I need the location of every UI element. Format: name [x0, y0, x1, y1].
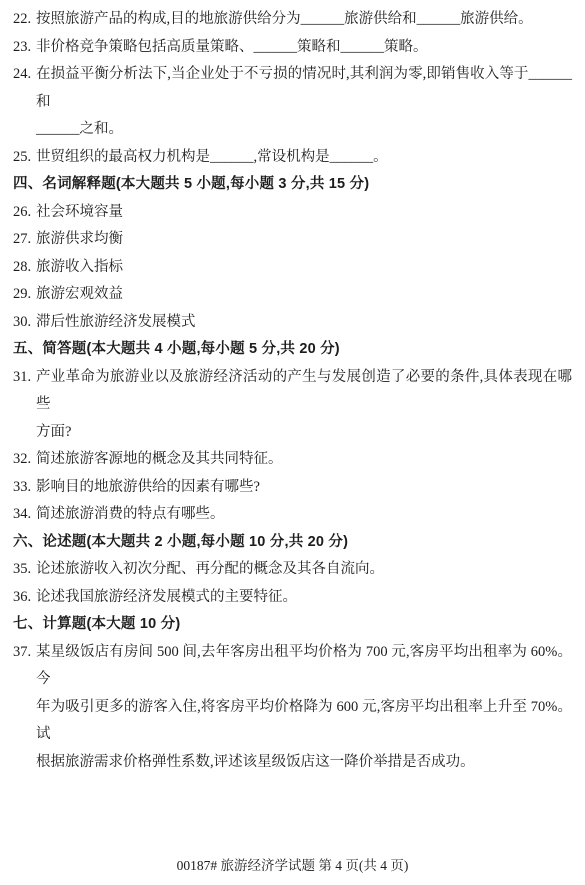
question-number: 27.: [13, 226, 36, 254]
question-body: 简述旅游客源地的概念及其共同特征。: [36, 446, 572, 474]
question-text-line: 按照旅游产品的构成,目的地旅游供给分为______旅游供给和______旅游供给…: [36, 6, 572, 34]
question-text-line: 简述旅游消费的特点有哪些。: [36, 501, 572, 529]
question-number: 23.: [13, 34, 36, 62]
question-34: 34. 简述旅游消费的特点有哪些。: [13, 501, 572, 529]
question-body: 旅游供求均衡: [36, 226, 572, 254]
question-number: 32.: [13, 446, 36, 474]
question-number: 35.: [13, 556, 36, 584]
question-35: 35. 论述旅游收入初次分配、再分配的概念及其各自流向。: [13, 556, 572, 584]
question-body: 论述我国旅游经济发展模式的主要特征。: [36, 584, 572, 612]
question-number: 24.: [13, 61, 36, 89]
question-body: 在损益平衡分析法下,当企业处于不亏损的情况时,其利润为零,即销售收入等于____…: [36, 61, 572, 144]
question-text-line: 方面?: [36, 419, 572, 447]
question-number: 26.: [13, 199, 36, 227]
question-number: 33.: [13, 474, 36, 502]
question-text-line: 影响目的地旅游供给的因素有哪些?: [36, 474, 572, 502]
question-27: 27. 旅游供求均衡: [13, 226, 572, 254]
question-number: 29.: [13, 281, 36, 309]
section-heading-5: 五、简答题(本大题共 4 小题,每小题 5 分,共 20 分): [13, 336, 572, 364]
page-footer: 00187# 旅游经济学试题 第 4 页(共 4 页): [0, 858, 585, 874]
question-body: 社会环境容量: [36, 199, 572, 227]
question-number: 22.: [13, 6, 36, 34]
question-body: 影响目的地旅游供给的因素有哪些?: [36, 474, 572, 502]
question-number: 36.: [13, 584, 36, 612]
question-body: 旅游收入指标: [36, 254, 572, 282]
exam-paper-page: 22. 按照旅游产品的构成,目的地旅游供给分为______旅游供给和______…: [0, 0, 585, 885]
question-text-line: 旅游供求均衡: [36, 226, 572, 254]
question-number: 37.: [13, 639, 36, 667]
question-text-line: 产业革命为旅游业以及旅游经济活动的产生与发展创造了必要的条件,具体表现在哪些: [36, 364, 572, 419]
question-body: 简述旅游消费的特点有哪些。: [36, 501, 572, 529]
question-text-line: 非价格竞争策略包括高质量策略、______策略和______策略。: [36, 34, 572, 62]
question-body: 论述旅游收入初次分配、再分配的概念及其各自流向。: [36, 556, 572, 584]
section-heading-4: 四、名词解释题(本大题共 5 小题,每小题 3 分,共 15 分): [13, 171, 572, 199]
question-37: 37. 某星级饭店有房间 500 间,去年客房出租平均价格为 700 元,客房平…: [13, 639, 572, 777]
question-31: 31. 产业革命为旅游业以及旅游经济活动的产生与发展创造了必要的条件,具体表现在…: [13, 364, 572, 447]
question-30: 30. 滞后性旅游经济发展模式: [13, 309, 572, 337]
question-text-line: 某星级饭店有房间 500 间,去年客房出租平均价格为 700 元,客房平均出租率…: [36, 639, 572, 694]
question-number: 28.: [13, 254, 36, 282]
question-body: 某星级饭店有房间 500 间,去年客房出租平均价格为 700 元,客房平均出租率…: [36, 639, 572, 777]
question-number: 34.: [13, 501, 36, 529]
question-25: 25. 世贸组织的最高权力机构是______,常设机构是______。: [13, 144, 572, 172]
question-text-line: 世贸组织的最高权力机构是______,常设机构是______。: [36, 144, 572, 172]
question-text-line: 旅游宏观效益: [36, 281, 572, 309]
section-heading-7: 七、计算题(本大题 10 分): [13, 611, 572, 639]
question-text-line: ______之和。: [36, 116, 572, 144]
question-body: 滞后性旅游经济发展模式: [36, 309, 572, 337]
question-text-line: 论述旅游收入初次分配、再分配的概念及其各自流向。: [36, 556, 572, 584]
question-text-line: 根据旅游需求价格弹性系数,评述该星级饭店这一降价举措是否成功。: [36, 749, 572, 777]
question-body: 产业革命为旅游业以及旅游经济活动的产生与发展创造了必要的条件,具体表现在哪些 方…: [36, 364, 572, 447]
question-text-line: 论述我国旅游经济发展模式的主要特征。: [36, 584, 572, 612]
question-23: 23. 非价格竞争策略包括高质量策略、______策略和______策略。: [13, 34, 572, 62]
question-text-line: 滞后性旅游经济发展模式: [36, 309, 572, 337]
question-text-line: 在损益平衡分析法下,当企业处于不亏损的情况时,其利润为零,即销售收入等于____…: [36, 61, 572, 116]
question-body: 非价格竞争策略包括高质量策略、______策略和______策略。: [36, 34, 572, 62]
question-24: 24. 在损益平衡分析法下,当企业处于不亏损的情况时,其利润为零,即销售收入等于…: [13, 61, 572, 144]
question-33: 33. 影响目的地旅游供给的因素有哪些?: [13, 474, 572, 502]
question-text-line: 社会环境容量: [36, 199, 572, 227]
question-number: 31.: [13, 364, 36, 392]
question-number: 25.: [13, 144, 36, 172]
question-body: 世贸组织的最高权力机构是______,常设机构是______。: [36, 144, 572, 172]
question-36: 36. 论述我国旅游经济发展模式的主要特征。: [13, 584, 572, 612]
question-28: 28. 旅游收入指标: [13, 254, 572, 282]
question-32: 32. 简述旅游客源地的概念及其共同特征。: [13, 446, 572, 474]
question-body: 按照旅游产品的构成,目的地旅游供给分为______旅游供给和______旅游供给…: [36, 6, 572, 34]
question-29: 29. 旅游宏观效益: [13, 281, 572, 309]
section-heading-6: 六、论述题(本大题共 2 小题,每小题 10 分,共 20 分): [13, 529, 572, 557]
question-body: 旅游宏观效益: [36, 281, 572, 309]
question-text-line: 旅游收入指标: [36, 254, 572, 282]
question-22: 22. 按照旅游产品的构成,目的地旅游供给分为______旅游供给和______…: [13, 6, 572, 34]
question-number: 30.: [13, 309, 36, 337]
question-text-line: 简述旅游客源地的概念及其共同特征。: [36, 446, 572, 474]
question-26: 26. 社会环境容量: [13, 199, 572, 227]
page-content: 22. 按照旅游产品的构成,目的地旅游供给分为______旅游供给和______…: [0, 0, 585, 776]
question-text-line: 年为吸引更多的游客入住,将客房平均价格降为 600 元,客房平均出租率上升至 7…: [36, 694, 572, 749]
